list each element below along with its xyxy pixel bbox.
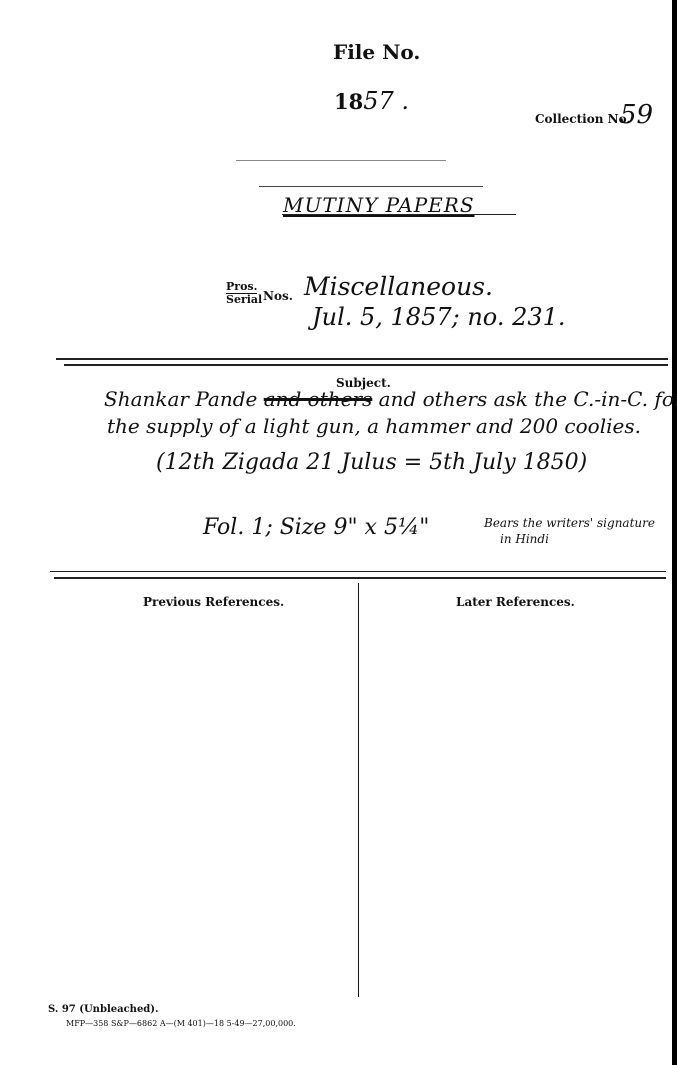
divider-rule	[236, 160, 446, 161]
section-rule-top	[50, 571, 666, 572]
file-no-label: File No.	[333, 40, 420, 64]
form-number: S. 97 (Unbleached).	[48, 1004, 159, 1015]
serial-label: Serial	[226, 293, 262, 306]
subject-line-1-end: and others ask the C.-in-C. for	[372, 387, 677, 411]
subject-line-2: the supply of a light gun, a hammer and …	[107, 414, 641, 438]
later-references-label: Later References.	[456, 595, 575, 609]
previous-references-label: Previous References.	[143, 595, 284, 609]
references-divider	[358, 583, 359, 997]
section-rule-bottom	[54, 577, 666, 579]
file-year-handwritten: 57 .	[363, 87, 409, 115]
section-rule-bottom	[64, 364, 668, 366]
page-right-edge	[672, 0, 677, 1065]
nos-label: Nos.	[263, 289, 293, 303]
subject-line-1: Shankar Pande and others and others ask …	[104, 387, 677, 411]
title-underline	[282, 214, 516, 215]
file-year: 1857 .	[334, 87, 409, 115]
pros-serial-label: Pros. Serial	[226, 281, 262, 306]
subject-line-1-start: Shankar Pande	[104, 387, 264, 411]
section-rule-top	[56, 358, 668, 360]
collection-label: Collection No.	[535, 112, 631, 126]
collection-value: 59	[620, 100, 653, 130]
subject-line-3: (12th Zigada 21 Julus = 5th July 1850)	[156, 450, 587, 475]
signature-note: Bears the writers' signature in Hindi	[484, 515, 655, 547]
print-info: MFP—358 S&P—6862 A—(M 401)—18 5-49—27,00…	[66, 1019, 296, 1028]
signature-note-line-2: in Hindi	[484, 531, 655, 547]
file-year-printed: 18	[334, 89, 363, 114]
divider-rule	[259, 186, 483, 187]
struck-text: and others	[264, 387, 373, 411]
folio-size: Fol. 1; Size 9" x 5¼"	[203, 515, 429, 540]
date-and-number: Jul. 5, 1857; no. 231.	[312, 303, 566, 331]
signature-note-line-1: Bears the writers' signature	[484, 515, 655, 531]
category-handwritten: Miscellaneous.	[304, 272, 493, 301]
